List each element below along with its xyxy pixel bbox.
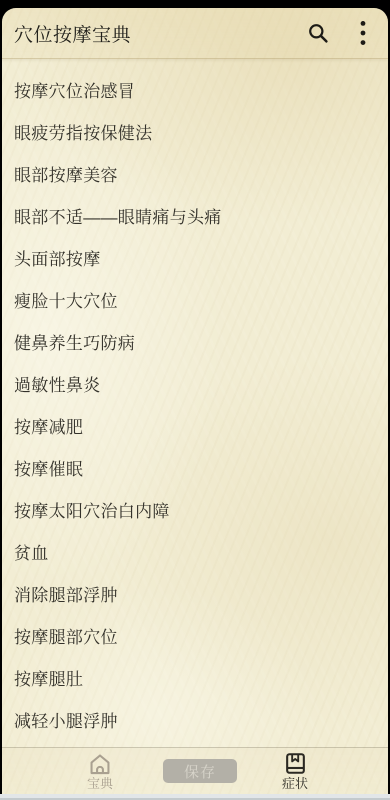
tab-zhengzhuang-label: 症状	[282, 777, 308, 791]
list-item[interactable]: 头面部按摩	[2, 236, 388, 278]
home-icon	[87, 751, 113, 776]
list-item[interactable]: 過敏性鼻炎	[2, 362, 388, 404]
gesture-bar	[0, 794, 390, 800]
list-item[interactable]: 按摩穴位治感冒	[2, 68, 388, 110]
list-item[interactable]: 按摩腿部穴位	[2, 614, 388, 656]
list-item[interactable]: 眼部按摩美容	[2, 152, 388, 194]
page-title: 穴位按摩宝典	[14, 20, 300, 47]
list-item[interactable]: 健鼻养生巧防病	[2, 320, 388, 362]
list-item[interactable]: 减轻小腿浮肿	[2, 698, 388, 740]
search-icon[interactable]	[300, 15, 336, 51]
topic-list: 按摩穴位治感冒眼疲劳指按保健法眼部按摩美容眼部不适——眼睛痛与头痛头面部按摩瘦脸…	[2, 59, 388, 740]
list-item[interactable]: 瘦脸十大穴位	[2, 278, 388, 320]
list-item[interactable]: 按摩太阳穴治白内障	[2, 488, 388, 530]
bottom-nav: 宝典 保存 症状	[2, 747, 388, 794]
list-item[interactable]: 按摩腿肚	[2, 656, 388, 698]
book-icon	[283, 751, 308, 776]
list-item[interactable]: 消除腿部浮肿	[2, 572, 388, 614]
list-item[interactable]: 贫血	[2, 530, 388, 572]
tab-baodian[interactable]: 宝典	[60, 750, 140, 792]
list-item[interactable]: 按摩催眠	[2, 446, 388, 488]
list-item[interactable]: 眼部不适——眼睛痛与头痛	[2, 194, 388, 236]
list-item[interactable]: 按摩减肥	[2, 404, 388, 446]
save-button[interactable]: 保存	[163, 759, 237, 783]
tab-baodian-label: 宝典	[87, 777, 113, 791]
overflow-menu-icon[interactable]	[350, 15, 376, 51]
tab-zhengzhuang[interactable]: 症状	[255, 750, 335, 792]
app-bar: 穴位按摩宝典	[2, 8, 388, 59]
app-window: 穴位按摩宝典 按摩穴位治感冒眼疲劳指按保健法眼部按摩美容眼部不适——眼睛痛与头痛…	[2, 8, 388, 794]
list-item[interactable]: 眼疲劳指按保健法	[2, 110, 388, 152]
